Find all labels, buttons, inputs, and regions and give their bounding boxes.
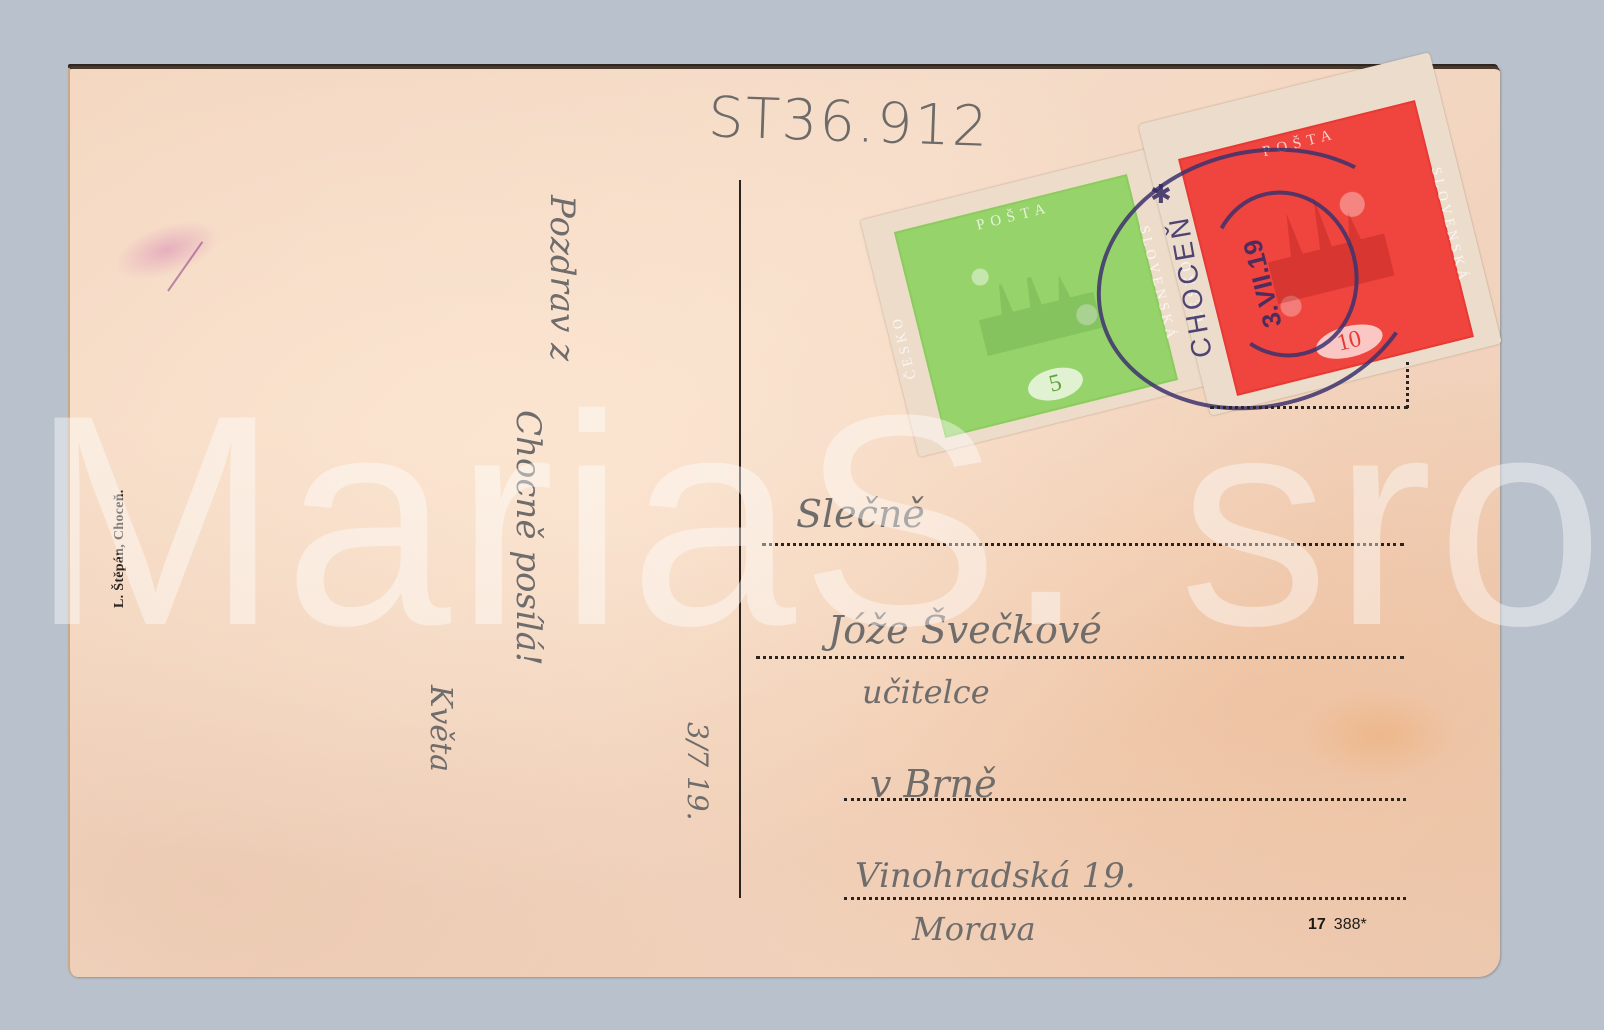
address-line-1: Slečně (796, 492, 925, 536)
address-dotted-line (756, 656, 1404, 659)
address-dotted-line (844, 798, 1406, 801)
address-dotted-line (844, 897, 1406, 900)
address-dotted-line (762, 543, 1404, 546)
message-signature: Květa (423, 685, 458, 772)
address-line-2: Jóže Švečkové (828, 608, 1102, 652)
stamp-box-border (1406, 362, 1409, 408)
message-line-1b: Chocně posílá! (508, 410, 548, 666)
message-line-1: Pozdrav z (542, 195, 582, 361)
center-divider-line (739, 180, 741, 898)
address-line-6: Morava (912, 910, 1036, 948)
inventory-number: ST36.912 (707, 85, 991, 160)
address-line-5: Vinohradská 19. (855, 856, 1136, 896)
publisher-imprint: L. Štěpán, Choceň. (112, 489, 128, 608)
castle-icon (968, 247, 1103, 356)
address-line-3: učitelce (862, 673, 990, 711)
serial-number: 17388* (1308, 916, 1367, 934)
postmark-star-icon: ✱ (1150, 180, 1172, 210)
age-stain (1300, 690, 1460, 780)
message-date: 3/7 19. (681, 722, 714, 821)
serial-value: 388* (1334, 916, 1367, 933)
serial-prefix: 17 (1308, 916, 1326, 933)
stamp-box-border (1210, 406, 1408, 409)
stamp-value: 5 (1025, 362, 1087, 406)
